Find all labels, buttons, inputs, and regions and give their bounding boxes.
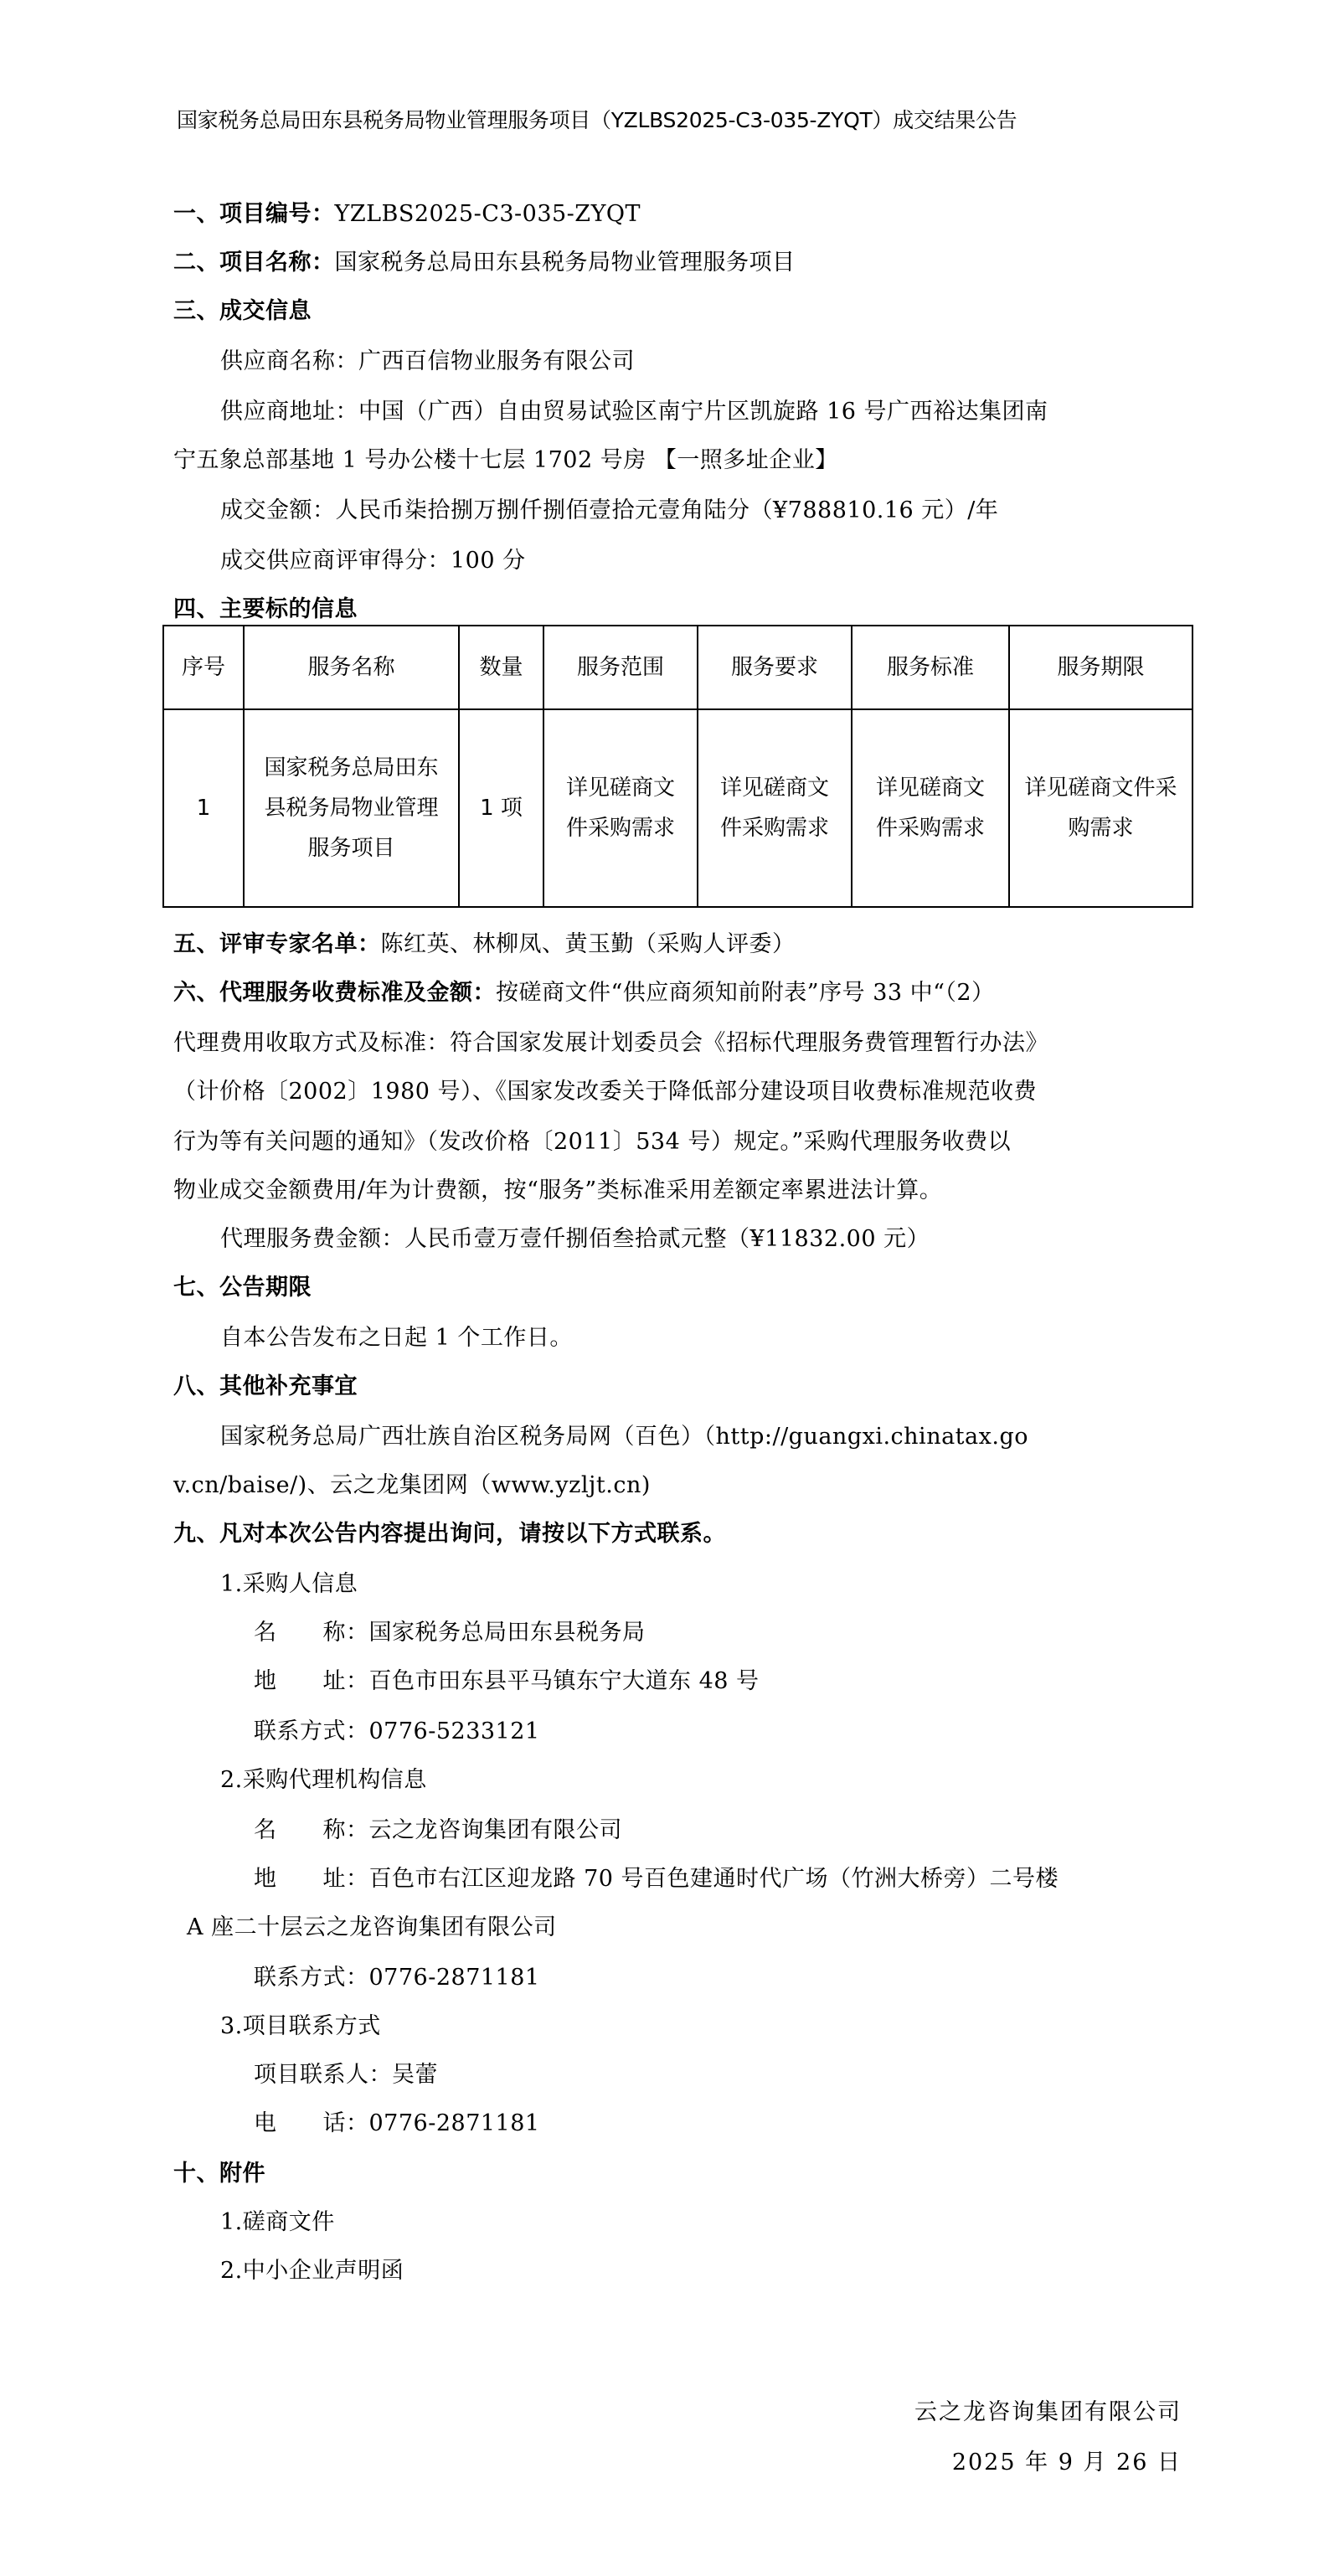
supplier-address-line1: 供应商地址：中国（广西）自由贸易试验区南宁片区凯旋路 16 号广西裕达集团南: [220, 397, 1048, 427]
agency-address-line2: A 座二十层云之龙咨询集团有限公司: [187, 1913, 557, 1943]
project-name-value: 国家税务总局田东县税务局物业管理服务项目: [335, 250, 796, 276]
agency-address-line1: 地 址：百色市右江区迎龙路 70 号百色建通时代广场（竹洲大桥旁）二号楼: [254, 1864, 1059, 1894]
notice-period-text: 自本公告发布之日起 1 个工作日。: [220, 1323, 573, 1353]
agency-fee-line1: 六、代理服务收费标准及金额：按磋商文件“供应商须知前附表”序号 33 中“（2）: [173, 978, 995, 1008]
col-header-qty: 数量: [459, 626, 543, 709]
agency-fee-line2: 代理费用收取方式及标准：符合国家发展计划委员会《招标代理服务费管理暂行办法》: [173, 1028, 1048, 1059]
experts-value: 陈红英、林柳凤、黄玉勤（采购人评委）: [381, 931, 796, 957]
col-header-requirement: 服务要求: [698, 626, 852, 709]
agency-heading: 2.采购代理机构信息: [220, 1765, 427, 1795]
project-name-label: 二、项目名称：: [173, 250, 335, 276]
col-header-no: 序号: [163, 626, 244, 709]
document-title: 国家税务总局田东县税务局物业管理服务项目（YZLBS2025-C3-035-ZY…: [177, 104, 1017, 134]
other-matters-line1: 国家税务总局广西壮族自治区税务局网（百色）（http://guangxi.chi…: [220, 1422, 1028, 1452]
supplier-score: 成交供应商评审得分：100 分: [220, 546, 526, 576]
attachment-item[interactable]: 2.中小企业声明函: [220, 2256, 404, 2286]
purchaser-address: 地 址：百色市田东县平马镇东宁大道东 48 号: [254, 1667, 760, 1697]
agency-fee-line4: 行为等有关问题的通知》（发改价格〔2011〕534 号）规定。”采购代理服务收费…: [173, 1127, 1011, 1157]
purchaser-heading: 1.采购人信息: [220, 1569, 358, 1600]
cell-no: 1: [163, 709, 244, 907]
supplier-name: 供应商名称：广西百信物业服务有限公司: [220, 347, 635, 377]
signature-date: 2025 年 9 月 26 日: [952, 2444, 1182, 2476]
other-matters-line2: v.cn/baise/)、云之龙集团网（www.yzljt.cn): [173, 1471, 651, 1501]
purchaser-name: 名 称：国家税务总局田东县税务局: [254, 1618, 646, 1648]
project-number-label: 一、项目编号：: [173, 201, 335, 227]
experts: 五、评审专家名单：陈红英、林柳凤、黄玉勤（采购人评委）: [173, 930, 796, 960]
cell-name: 国家税务总局田东县税务局物业管理服务项目: [244, 709, 459, 907]
col-header-name: 服务名称: [244, 626, 459, 709]
project-contact-heading: 3.项目联系方式: [220, 2012, 381, 2042]
experts-label: 五、评审专家名单：: [173, 931, 381, 957]
main-items-heading: 四、主要标的信息: [173, 595, 358, 625]
deal-info-heading: 三、成交信息: [173, 296, 312, 327]
project-number-value: YZLBS2025-C3-035-ZYQT: [335, 201, 641, 227]
cell-standard: 详见磋商文件采购需求: [852, 709, 1009, 907]
supplier-address-line2: 宁五象总部基地 1 号办公楼十七层 1702 号房 【一照多址企业】: [173, 446, 838, 476]
project-contact-phone: 电 话：0776-2871181: [254, 2109, 540, 2139]
agency-fee-line1-text: 按磋商文件“供应商须知前附表”序号 33 中“（2）: [496, 980, 995, 1006]
agency-fee-line5: 物业成交金额费用/年为计费额，按“服务”类标准采用差额定率累进法计算。: [173, 1176, 942, 1206]
cell-qty: 1 项: [459, 709, 543, 907]
project-number: 一、项目编号：YZLBS2025-C3-035-ZYQT: [173, 199, 641, 229]
purchaser-contact: 联系方式：0776-5233121: [254, 1717, 540, 1747]
cell-scope: 详见磋商文件采购需求: [543, 709, 698, 907]
col-header-period: 服务期限: [1009, 626, 1192, 709]
attachments-heading: 十、附件: [173, 2159, 265, 2189]
contact-heading: 九、凡对本次公告内容提出询问，请按以下方式联系。: [173, 1519, 726, 1549]
col-header-standard: 服务标准: [852, 626, 1009, 709]
cell-period: 详见磋商文件采购需求: [1009, 709, 1192, 907]
agency-fee-amount: 代理服务费金额：人民币壹万壹仟捌佰叁拾贰元整（¥11832.00 元）: [220, 1224, 930, 1255]
signature-company: 云之龙咨询集团有限公司: [914, 2393, 1182, 2426]
col-header-scope: 服务范围: [543, 626, 698, 709]
main-items-table: 序号 服务名称 数量 服务范围 服务要求 服务标准 服务期限 1 国家税务总局田…: [162, 625, 1193, 908]
agency-fee-line3: （计价格〔2002〕1980 号）、《国家发改委关于降低部分建设项目收费标准规范…: [173, 1077, 1037, 1107]
deal-amount: 成交金额：人民币柒拾捌万捌仟捌佰壹拾元壹角陆分（¥788810.16 元）/年: [220, 496, 998, 526]
cell-requirement: 详见磋商文件采购需求: [698, 709, 852, 907]
agency-contact: 联系方式：0776-2871181: [254, 1963, 540, 1993]
agency-fee-label: 六、代理服务收费标准及金额：: [173, 980, 496, 1006]
table-header-row: 序号 服务名称 数量 服务范围 服务要求 服务标准 服务期限: [163, 626, 1192, 709]
table-row: 1 国家税务总局田东县税务局物业管理服务项目 1 项 详见磋商文件采购需求 详见…: [163, 709, 1192, 907]
agency-name: 名 称：云之龙咨询集团有限公司: [254, 1816, 622, 1846]
notice-period-heading: 七、公告期限: [173, 1273, 312, 1303]
other-matters-heading: 八、其他补充事宜: [173, 1372, 358, 1402]
project-contact-person: 项目联系人：吴蕾: [254, 2060, 438, 2090]
project-name: 二、项目名称：国家税务总局田东县税务局物业管理服务项目: [173, 248, 796, 278]
attachment-item[interactable]: 1.磋商文件: [220, 2208, 335, 2238]
